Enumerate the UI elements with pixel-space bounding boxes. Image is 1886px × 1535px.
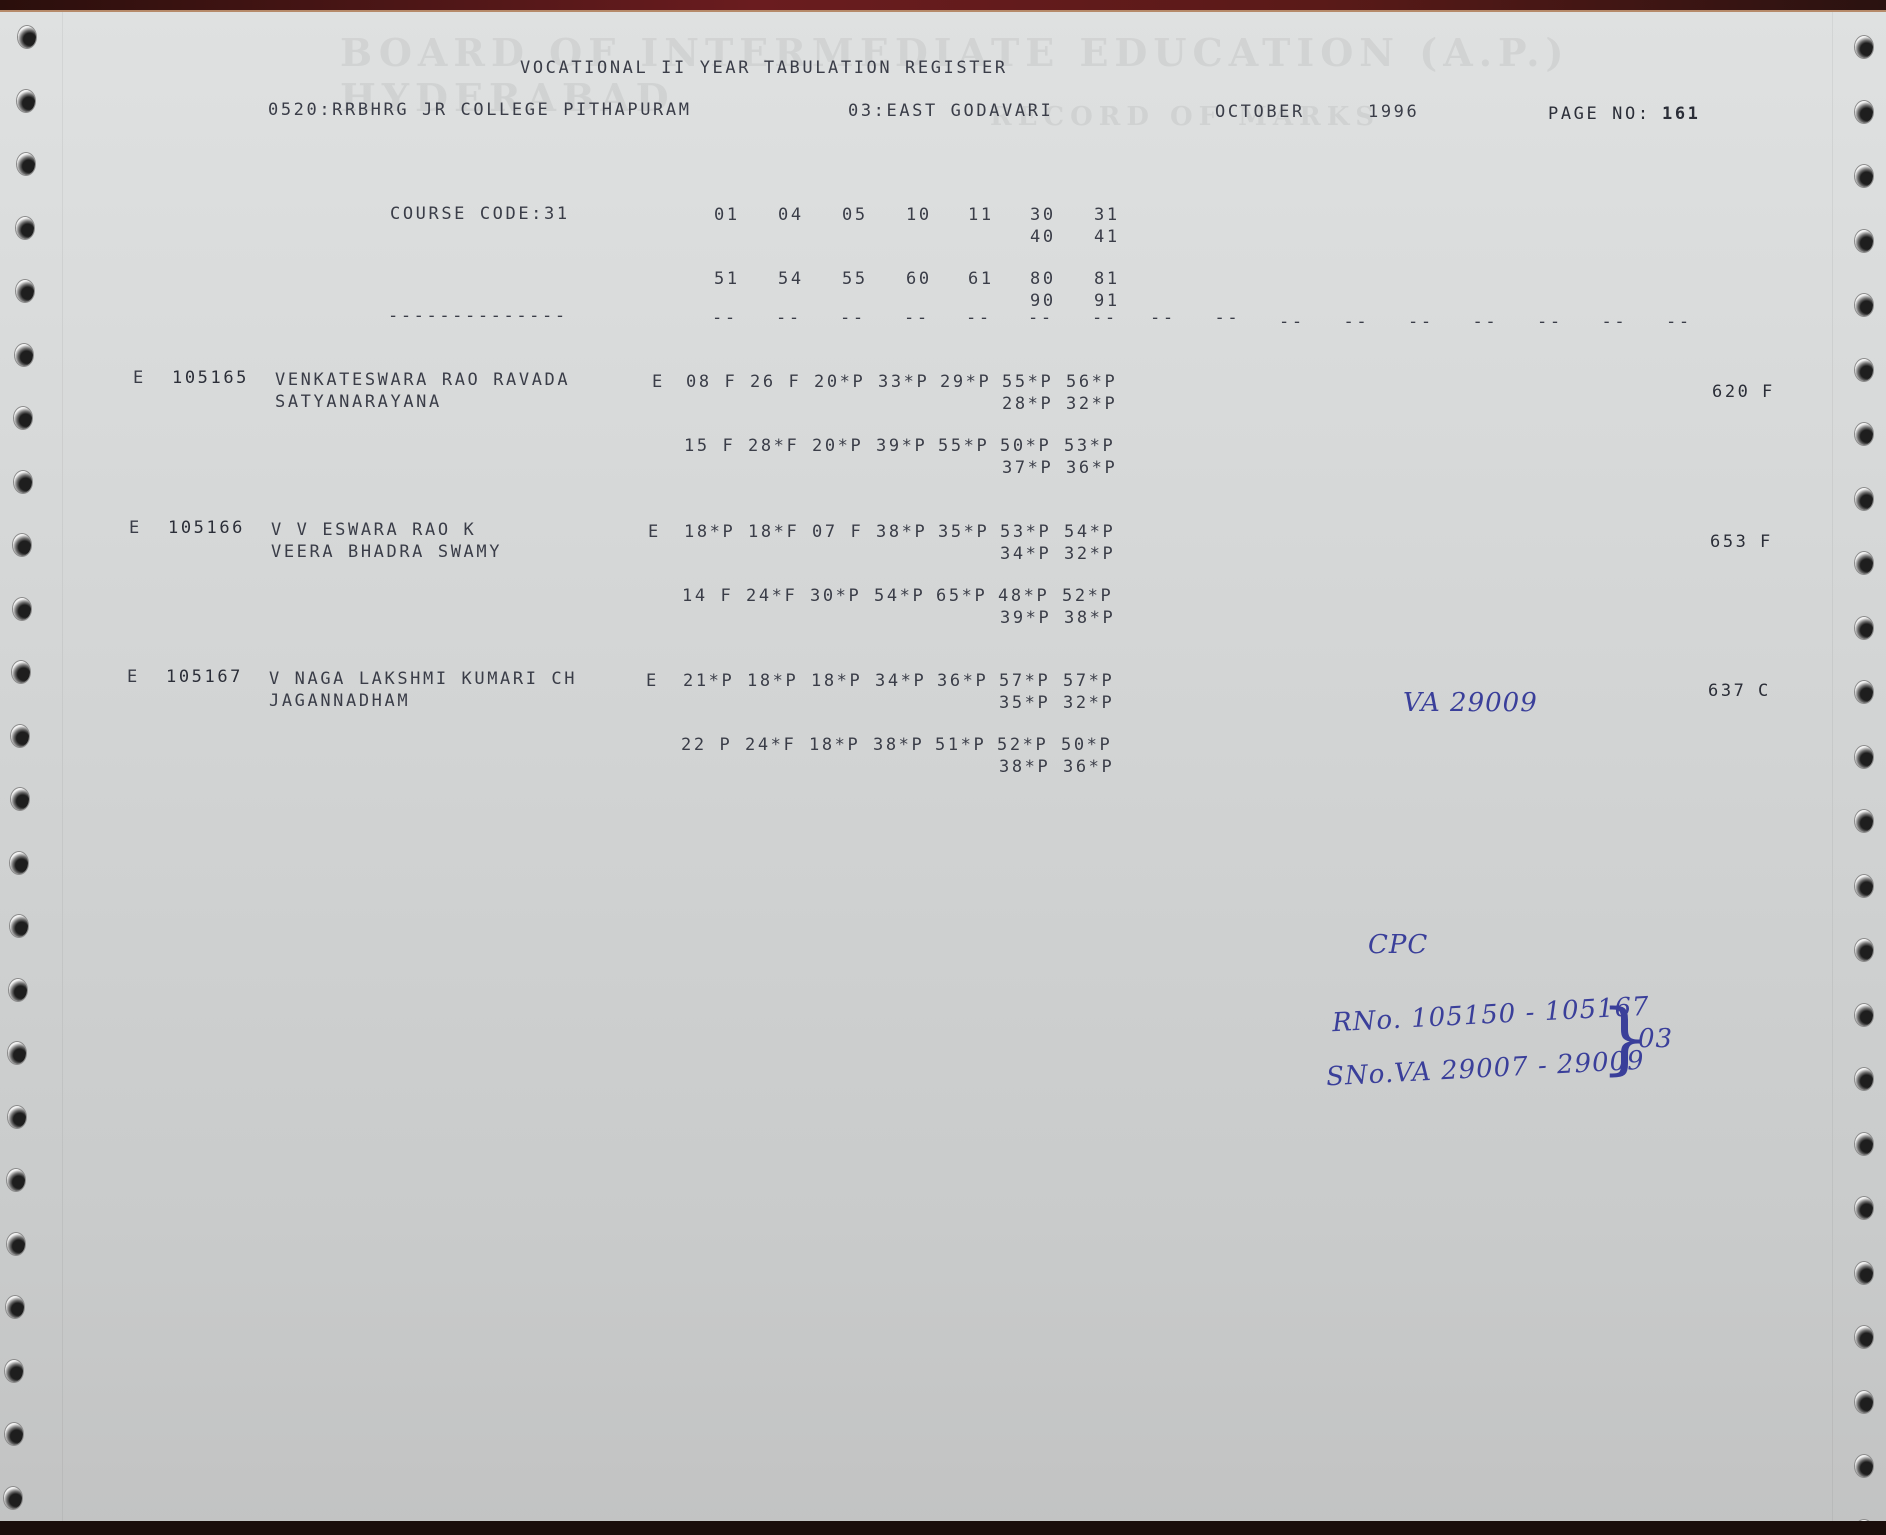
sprocket-hole	[5, 1423, 23, 1445]
subject-mark: 36*P	[937, 671, 988, 691]
sprocket-hole	[16, 280, 34, 302]
subject-mark: 28*P	[1002, 394, 1053, 414]
column-dash: --	[1408, 312, 1434, 332]
subject-mark: 29*P	[940, 372, 991, 392]
sprocket-hole	[1855, 746, 1873, 768]
sprocket-hole	[17, 90, 35, 112]
sprocket-hole	[17, 153, 35, 175]
sprocket-hole	[1855, 1068, 1873, 1090]
subject-mark: 38*P	[876, 522, 927, 542]
subject-mark: 24*F	[746, 586, 797, 606]
sprocket-hole	[18, 26, 36, 48]
subject-mark: 38*P	[999, 757, 1050, 777]
continuous-form-paper: BOARD OF INTERMEDIATE EDUCATION (A.P.) H…	[0, 10, 1886, 1527]
result-code: F	[1760, 532, 1773, 552]
column-dash: --	[1344, 312, 1370, 332]
sprocket-hole	[1855, 1004, 1873, 1026]
subject-code: 40	[1030, 227, 1056, 247]
sprocket-hole	[10, 852, 28, 874]
subject-mark: 57*P	[1063, 671, 1114, 691]
register-title: VOCATIONAL II YEAR TABULATION REGISTER	[520, 58, 1008, 78]
handwritten-cpc: CPC	[1368, 930, 1428, 960]
sprocket-hole	[1855, 165, 1873, 187]
column-dash: --	[840, 308, 866, 328]
subject-mark: 34*P	[1000, 544, 1051, 564]
subject-mark: 53*P	[1064, 436, 1115, 456]
subject-mark: 30*P	[810, 586, 861, 606]
subject-code: 41	[1094, 227, 1120, 247]
subject-mark: 18*F	[748, 522, 799, 542]
medium-code: E	[648, 522, 661, 542]
student-name: V NAGA LAKSHMI KUMARI CH	[269, 669, 577, 689]
sprocket-hole	[1855, 1262, 1873, 1284]
subject-mark: 32*P	[1066, 394, 1117, 414]
column-dash: --	[776, 308, 802, 328]
subject-mark: 18*P	[809, 735, 860, 755]
subject-code: 81	[1094, 269, 1120, 289]
page-number-label: PAGE NO:	[1548, 104, 1651, 124]
subject-code: 11	[968, 205, 994, 225]
column-dash: --	[1602, 312, 1628, 332]
sprocket-hole	[11, 788, 29, 810]
perforation-line-right	[1832, 12, 1833, 1527]
subject-mark: 55*P	[1002, 372, 1053, 392]
course-underline: --------------	[388, 306, 568, 326]
district-name: 03:EAST GODAVARI	[848, 101, 1053, 121]
subject-mark: 35*P	[938, 522, 989, 542]
sprocket-hole	[1855, 1197, 1873, 1219]
column-dash: --	[1473, 312, 1499, 332]
subject-code: 30	[1030, 205, 1056, 225]
medium-code: E	[652, 372, 665, 392]
roll-number: 105166	[168, 518, 245, 538]
exam-month: OCTOBER	[1215, 102, 1305, 122]
sprocket-hole	[8, 1106, 26, 1128]
subject-mark: 18*P	[684, 522, 735, 542]
subject-mark: 50*P	[1061, 735, 1112, 755]
sprocket-hole	[16, 217, 34, 239]
sprocket-hole	[11, 725, 29, 747]
subject-mark: 54*P	[874, 586, 925, 606]
sprocket-hole	[1855, 488, 1873, 510]
subject-mark: 32*P	[1064, 544, 1115, 564]
roll-number: 105167	[166, 667, 243, 687]
college-name: 0520:RRBHRG JR COLLEGE PITHAPURAM	[268, 100, 692, 120]
record-type: E	[133, 368, 146, 388]
father-name: JAGANNADHAM	[269, 691, 410, 711]
subject-mark: 08 F	[686, 372, 737, 392]
subject-mark: 53*P	[1000, 522, 1051, 542]
sprocket-hole	[1855, 1133, 1873, 1155]
sprocket-hole	[1855, 36, 1873, 58]
sprocket-hole	[1855, 101, 1873, 123]
subject-mark: 51*P	[935, 735, 986, 755]
subject-code: 60	[906, 269, 932, 289]
subject-mark: 65*P	[936, 586, 987, 606]
sprocket-hole	[1855, 230, 1873, 252]
record-type: E	[129, 518, 142, 538]
course-code: COURSE CODE:31	[390, 204, 570, 224]
perforation-line-left	[62, 12, 63, 1527]
subject-code: 80	[1030, 269, 1056, 289]
sprocket-hole	[6, 1296, 24, 1318]
sprocket-hole	[12, 661, 30, 683]
column-dash: --	[904, 308, 930, 328]
column-dash: --	[1666, 312, 1692, 332]
sprocket-hole	[15, 344, 33, 366]
subject-mark: 33*P	[878, 372, 929, 392]
column-dash: --	[1537, 312, 1563, 332]
sprocket-hole	[10, 915, 28, 937]
column-dash: --	[1092, 308, 1118, 328]
subject-mark: 38*P	[873, 735, 924, 755]
subject-mark: 20*P	[814, 372, 865, 392]
sprocket-hole	[14, 471, 32, 493]
subject-mark: 26 F	[750, 372, 801, 392]
sprocket-hole	[1855, 617, 1873, 639]
subject-mark: 39*P	[1000, 608, 1051, 628]
subject-code: 31	[1094, 205, 1120, 225]
subject-mark: 22 P	[681, 735, 732, 755]
sprocket-hole	[1855, 1455, 1873, 1477]
subject-mark: 37*P	[1002, 458, 1053, 478]
sprocket-hole	[1855, 423, 1873, 445]
handwritten-count: 03	[1638, 1024, 1673, 1054]
subject-code: 05	[842, 205, 868, 225]
subject-code: 51	[714, 269, 740, 289]
subject-mark: 54*P	[1064, 522, 1115, 542]
subject-mark: 07 F	[812, 522, 863, 542]
sprocket-hole	[1855, 939, 1873, 961]
result-code: F	[1762, 382, 1775, 402]
subject-mark: 14 F	[682, 586, 733, 606]
page-number: 161	[1662, 104, 1701, 124]
column-dash: --	[1150, 308, 1176, 328]
sprocket-hole	[1855, 681, 1873, 703]
sprocket-hole	[5, 1360, 23, 1382]
medium-code: E	[646, 671, 659, 691]
subject-mark: 39*P	[876, 436, 927, 456]
column-dash: --	[1279, 312, 1305, 332]
column-dash: --	[712, 308, 738, 328]
subject-code: 54	[778, 269, 804, 289]
roll-number: 105165	[172, 368, 249, 388]
subject-mark: 38*P	[1064, 608, 1115, 628]
subject-mark: 18*P	[811, 671, 862, 691]
subject-mark: 50*P	[1000, 436, 1051, 456]
column-dash: --	[1215, 308, 1241, 328]
exam-year: 1996	[1368, 102, 1419, 122]
subject-mark: 21*P	[683, 671, 734, 691]
father-name: VEERA BHADRA SWAMY	[271, 542, 502, 562]
subject-code: 04	[778, 205, 804, 225]
subject-mark: 15 F	[684, 436, 735, 456]
sprocket-hole	[4, 1487, 22, 1509]
sprocket-hole	[1855, 359, 1873, 381]
total-marks: 653	[1710, 532, 1749, 552]
background-bottom-band	[0, 1521, 1886, 1535]
sprocket-hole	[13, 598, 31, 620]
total-marks: 637	[1708, 681, 1747, 701]
handwritten-serial-note: VA 29009	[1403, 688, 1538, 718]
sprocket-hole	[1855, 1391, 1873, 1413]
subject-code: 10	[906, 205, 932, 225]
subject-code: 55	[842, 269, 868, 289]
student-name: VENKATESWARA RAO RAVADA	[275, 370, 570, 390]
student-name: V V ESWARA RAO K	[271, 520, 476, 540]
father-name: SATYANARAYANA	[275, 392, 442, 412]
sprocket-hole	[1855, 552, 1873, 574]
result-code: C	[1758, 681, 1771, 701]
record-type: E	[127, 667, 140, 687]
subject-mark: 28*F	[748, 436, 799, 456]
subject-mark: 48*P	[998, 586, 1049, 606]
subject-mark: 56*P	[1066, 372, 1117, 392]
subject-mark: 20*P	[812, 436, 863, 456]
sprocket-hole	[7, 1233, 25, 1255]
subject-mark: 57*P	[999, 671, 1050, 691]
subject-mark: 55*P	[938, 436, 989, 456]
sprocket-hole	[1855, 294, 1873, 316]
subject-mark: 36*P	[1063, 757, 1114, 777]
column-dash: --	[966, 308, 992, 328]
subject-mark: 52*P	[1062, 586, 1113, 606]
subject-mark: 34*P	[875, 671, 926, 691]
subject-mark: 18*P	[747, 671, 798, 691]
subject-mark: 32*P	[1063, 693, 1114, 713]
total-marks: 620	[1712, 382, 1751, 402]
subject-code: 01	[714, 205, 740, 225]
column-dash: --	[1028, 308, 1054, 328]
subject-mark: 36*P	[1066, 458, 1117, 478]
sprocket-hole	[1855, 1326, 1873, 1348]
subject-mark: 24*F	[745, 735, 796, 755]
subject-mark: 52*P	[997, 735, 1048, 755]
sprocket-hole	[1855, 810, 1873, 832]
sprocket-hole	[9, 979, 27, 1001]
subject-code: 61	[968, 269, 994, 289]
subject-mark: 35*P	[999, 693, 1050, 713]
sprocket-hole	[1855, 875, 1873, 897]
